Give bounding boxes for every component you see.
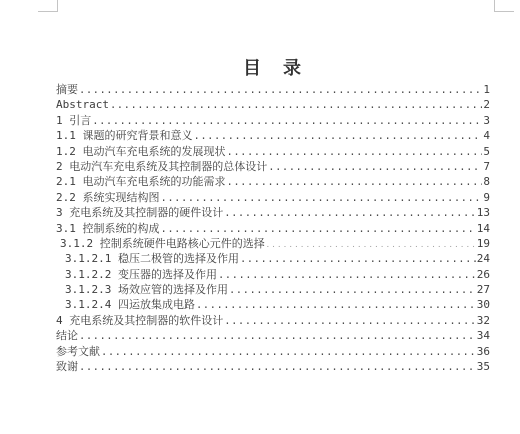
toc-row[interactable]: 2.2 系统实现结构图 ............................… [56, 190, 490, 205]
toc-entry-label: 1.2 电动汽车充电系统的发展现状 [56, 144, 226, 159]
toc-leader-dots: ........................................… [218, 268, 476, 283]
toc-entry-label: 1.1 课题的研究背景和意义 [56, 128, 193, 143]
toc-page-number: 9 [483, 190, 490, 205]
toc-title: 目 录 [56, 54, 490, 80]
toc-row[interactable]: Abstract ...............................… [56, 97, 490, 112]
toc-page-number: 32 [477, 313, 490, 328]
toc-entry-label: 1 引言 [56, 113, 91, 128]
toc-row[interactable]: 参考文献 ...................................… [56, 344, 490, 359]
toc-entry-label: 致谢 [56, 359, 78, 374]
toc-page-number: 34 [477, 328, 490, 343]
toc-entry-label: Abstract [56, 97, 109, 112]
toc-leader-dots: ........................................… [110, 98, 482, 113]
toc-entry-label: 3.1.2.3 场效应管的选择及作用 [65, 282, 228, 297]
toc-leader-dots: ........................................… [229, 283, 476, 298]
toc-entry-label: 4 充电系统及其控制器的软件设计 [56, 313, 223, 328]
text-boundary-mark-top-left [38, 0, 58, 12]
toc-entry-label: 3.1.2.1 稳压二极管的选择及作用 [65, 251, 239, 266]
toc-row[interactable]: 1.2 电动汽车充电系统的发展现状 ......................… [56, 144, 490, 159]
document-page: 目 录 摘要 .................................… [0, 0, 520, 434]
toc-row[interactable]: 2 电动汽车充电系统及其控制器的总体设计 ...................… [56, 159, 490, 174]
toc-row[interactable]: 3.1.2.3 场效应管的选择及作用 .....................… [56, 282, 490, 297]
toc-row[interactable]: 摘要 .....................................… [56, 82, 490, 97]
toc-leader-dots: ........................................… [161, 191, 483, 206]
toc-entry-label: 结论 [56, 328, 78, 343]
toc-page-number: 2 [483, 97, 490, 112]
toc-leader-dots: ........................................… [161, 222, 476, 237]
toc-page-number: 4 [483, 128, 490, 143]
toc-leader-dots: ........................................… [268, 160, 482, 175]
toc-leader-dots: ........................................… [227, 175, 483, 190]
toc-row[interactable]: 1 引言 ...................................… [56, 113, 490, 128]
toc-entry-label: 2.2 系统实现结构图 [56, 190, 160, 205]
toc-page-number: 30 [477, 297, 490, 312]
toc-page-number: 7 [483, 159, 490, 174]
toc-row[interactable]: 4 充电系统及其控制器的软件设计 .......................… [56, 313, 490, 328]
toc-entry-label: 2.1 电动汽车充电系统的功能需求 [56, 174, 226, 189]
toc-page-number: 24 [477, 251, 490, 266]
toc-page-number: 1 [483, 82, 490, 97]
toc-page-number: 35 [477, 359, 490, 374]
toc-page-number: 36 [477, 344, 490, 359]
toc-row[interactable]: 3.1.2 控制系统硬件电路核心元件的选择 ..................… [56, 236, 490, 251]
toc-entry-label: 参考文献 [56, 344, 100, 359]
toc-row[interactable]: 3.1.2.1 稳压二极管的选择及作用 ....................… [56, 251, 490, 266]
toc-leader-dots: ........................................… [79, 360, 476, 375]
toc-entry-label: 2 电动汽车充电系统及其控制器的总体设计 [56, 159, 267, 174]
toc-row[interactable]: 3.1.2.4 四运放集成电路 ........................… [56, 297, 490, 312]
toc-entry-label: 3.1 控制系统的构成 [56, 221, 160, 236]
toc-row[interactable]: 2.1 电动汽车充电系统的功能需求 ......................… [56, 174, 490, 189]
toc-row[interactable]: 致谢 .....................................… [56, 359, 490, 374]
toc-leader-dots: ........................................… [79, 83, 482, 98]
toc-row[interactable]: 结论 .....................................… [56, 328, 490, 343]
toc-entry-label: 3.1.2.4 四运放集成电路 [65, 297, 195, 312]
toc-leader-dots: ........................................… [79, 329, 476, 344]
toc-leader-dots: ........................................… [224, 206, 476, 221]
toc-page-number: 27 [477, 282, 490, 297]
toc-entry-label: 3.1.2 控制系统硬件电路核心元件的选择 [60, 236, 265, 251]
toc-page-number: 26 [477, 267, 490, 282]
toc-leader-dots: ........................................… [240, 252, 476, 267]
toc-leader-dots: ........................................… [196, 298, 476, 313]
toc-leader-dots: ........................................… [194, 129, 483, 144]
toc-page-number: 14 [477, 221, 490, 236]
toc-row[interactable]: 3.1 控制系统的构成 ............................… [56, 221, 490, 236]
toc-leader-dots: ........................................… [101, 345, 476, 360]
toc-leader-dots: ........................................… [227, 145, 483, 160]
toc-row[interactable]: 3.1.2.2 变压器的选择及作用 ......................… [56, 267, 490, 282]
toc-list: 摘要 .....................................… [56, 82, 490, 374]
toc-entry-label: 3.1.2.2 变压器的选择及作用 [65, 267, 217, 282]
toc-entry-label: 摘要 [56, 82, 78, 97]
toc-row[interactable]: 3 充电系统及其控制器的硬件设计 .......................… [56, 205, 490, 220]
toc-page-number: 19 [477, 236, 490, 251]
text-boundary-mark-top-right [494, 0, 514, 12]
toc-page-number: 5 [483, 144, 490, 159]
toc-page-number: 3 [483, 113, 490, 128]
toc-row[interactable]: 1.1 课题的研究背景和意义 .........................… [56, 128, 490, 143]
toc-entry-label: 3 充电系统及其控制器的硬件设计 [56, 205, 223, 220]
toc-leader-dots: ........................................… [224, 314, 476, 329]
toc-page-number: 8 [483, 174, 490, 189]
toc-leader-dots: ........................................… [92, 114, 482, 129]
toc-page-number: 13 [477, 205, 490, 220]
toc-leader-dots: ........................................… [266, 238, 476, 253]
